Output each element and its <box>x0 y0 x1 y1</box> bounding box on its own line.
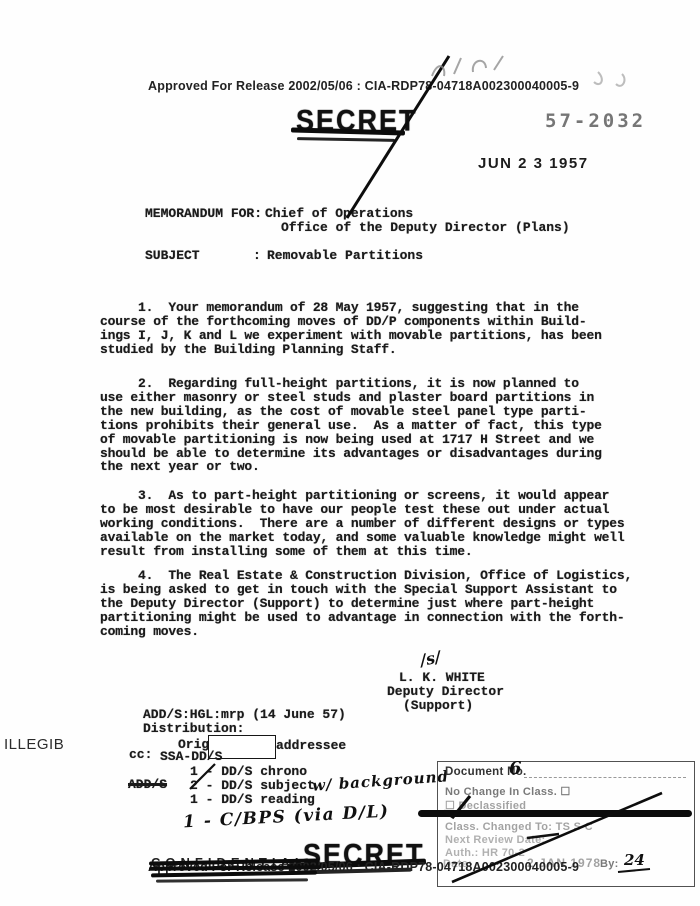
registry-number-stamp: 57-2032 <box>545 110 646 132</box>
handwritten-page-number: 24 <box>624 851 645 869</box>
distribution-cc-value: SSA-DD/S <box>160 750 222 764</box>
signer-name: L. K. WHITE <box>399 671 485 685</box>
handwritten-subject-note: w/ background <box>312 767 450 795</box>
distribution-cc-label: cc: <box>129 748 152 762</box>
memorandum-for-label: MEMORANDUM FOR: <box>145 207 262 221</box>
signer-title: Deputy Director <box>387 685 504 699</box>
class-changed-line: Class. Changed To: TS S C <box>445 821 593 833</box>
subject-value: Removable Partitions <box>267 249 423 263</box>
margin-illegib-note: ILLEGIB <box>4 736 64 753</box>
heavy-black-bar <box>418 810 692 817</box>
scanned-memo-page: Approved For Release 2002/05/06 : CIA-RD… <box>0 0 700 906</box>
signer-directorate: (Support) <box>403 699 473 713</box>
distribution-line-subject: 2 - DD/S subject <box>190 779 315 793</box>
body-paragraph-4: 4. The Real Estate & Construction Divisi… <box>100 569 628 639</box>
confidential-underline <box>156 878 308 882</box>
subject-separator: : <box>253 249 261 263</box>
secret-top-underline-bar <box>297 137 395 142</box>
handwritten-signed-initials: /s/ <box>418 647 442 670</box>
approved-release-line-top: Approved For Release 2002/05/06 : CIA-RD… <box>148 79 579 93</box>
body-paragraph-2: 2. Regarding full-height partitions, it … <box>100 377 620 474</box>
body-paragraph-3: 3. As to part-height partitioning or scr… <box>100 489 624 559</box>
pencil-scribble-1 <box>432 56 503 76</box>
handwritten-document-no: 6 <box>509 758 522 779</box>
distribution-line-chrono: 1 - DD/S chrono <box>190 765 307 779</box>
date-received-stamp: JUN 2 3 1957 <box>478 155 589 172</box>
recipient-line1: Chief of Operations <box>265 207 413 221</box>
next-review-line: Next Review Date: <box>445 834 545 846</box>
document-no-dashed-line <box>524 777 686 778</box>
distribution-line-reading: 1 - DD/S reading <box>190 793 315 807</box>
review-by-label: By: <box>600 858 619 870</box>
pencil-scribble-2 <box>594 72 624 86</box>
distribution-label: Distribution: <box>143 722 244 736</box>
distribution-orig-suffix: addressee <box>276 739 346 753</box>
recipient-line2: Office of the Deputy Director (Plans) <box>281 221 570 235</box>
body-paragraph-1: 1. Your memorandum of 28 May 1957, sugge… <box>100 301 620 357</box>
typist-line: ADD/S:HGL:mrp (14 June 57) <box>143 708 346 722</box>
no-change-line: No Change In Class. ☐ <box>445 785 571 798</box>
subject-label: SUBJECT <box>145 249 200 263</box>
struck-originator-text: ADD/S <box>128 778 167 792</box>
